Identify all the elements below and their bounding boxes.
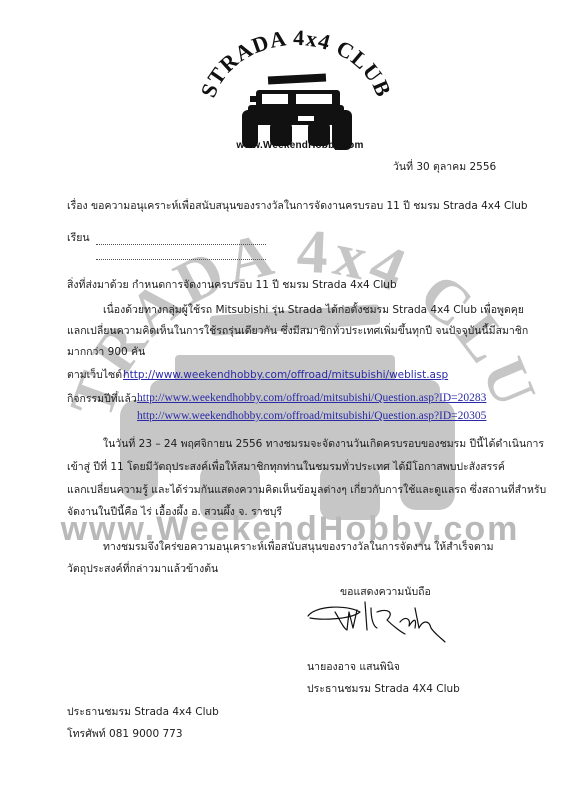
logo-url-text: www.WeekendHobby.com bbox=[210, 140, 390, 151]
letter-page: STRADA 4x4 CLUB www.WeekendHobby.com STR… bbox=[0, 0, 565, 800]
to-label: เรียน bbox=[67, 231, 90, 245]
para1-line: มากกว่า 900 คัน bbox=[67, 345, 145, 359]
para2-line: ในวันที่ 23 – 24 พฤศจิกายน 2556 ทางชมรมจ… bbox=[103, 437, 544, 451]
footer-phone: โทรศัพท์ 081 9000 773 bbox=[67, 727, 183, 741]
enclosure-line: สิ่งที่ส่งมาด้วย กำหนดการจัดงานครบรอบ 11… bbox=[67, 278, 397, 292]
para2-line: เข้าสู่ ปีที่ 11 โดยมีวัตถุประสงค์เพื่อใ… bbox=[67, 460, 505, 474]
activity-link-2[interactable]: http://www.weekendhobby.com/offroad/mits… bbox=[137, 409, 486, 423]
signature-image bbox=[305, 598, 450, 648]
letter-subject: เรื่อง ขอความอนุเคราะห์เพื่อสนับสนุนของร… bbox=[67, 199, 528, 213]
activities-label: กิจกรรมปีที่แล้ว bbox=[67, 392, 137, 406]
para2-line: แลกเปลี่ยนความรู้ และได้ร่วมกันแสดงความค… bbox=[67, 483, 546, 497]
para2-line: จัดงานในปีนี้คือ ไร่ เอื้องผึ้ง อ. สวนผึ… bbox=[67, 505, 282, 519]
club-logo: STRADA 4x4 CLUB bbox=[200, 20, 390, 155]
letter-date: วันที่ 30 ตุลาคม 2556 bbox=[393, 160, 496, 174]
para1-line: แลกเปลี่ยนความคิดเห็นในการใช้รถรุ่นเดียว… bbox=[67, 324, 528, 338]
para3-line: วัตถุประสงค์ที่กล่าวมาแล้วข้างต้น bbox=[67, 562, 218, 576]
para1-line: เนื่องด้วยทางกลุ่มผู้ใช้รถ Mitsubishi รุ… bbox=[103, 303, 524, 317]
activity-link-1[interactable]: http://www.weekendhobby.com/offroad/mits… bbox=[137, 391, 486, 405]
signer-name: นายองอาจ แสนพินิจ bbox=[307, 660, 400, 674]
recipient-line-2 bbox=[96, 258, 266, 260]
recipient-line-1 bbox=[96, 243, 266, 245]
website-link[interactable]: http://www.weekendhobby.com/offroad/mits… bbox=[123, 368, 448, 382]
website-label: ตามเว็บไซต์ bbox=[67, 368, 122, 382]
svg-text:STRADA 4x4 CLUB: STRADA 4x4 CLUB bbox=[200, 25, 390, 101]
para3-line: ทางชมรมจึงใคร่ขอความอนุเคราะห์เพื่อสนับส… bbox=[103, 540, 494, 554]
signer-title: ประธานชมรม Strada 4X4 Club bbox=[307, 682, 460, 696]
footer-title: ประธานชมรม Strada 4x4 Club bbox=[67, 705, 219, 719]
closing-text: ขอแสดงความนับถือ bbox=[340, 585, 431, 599]
